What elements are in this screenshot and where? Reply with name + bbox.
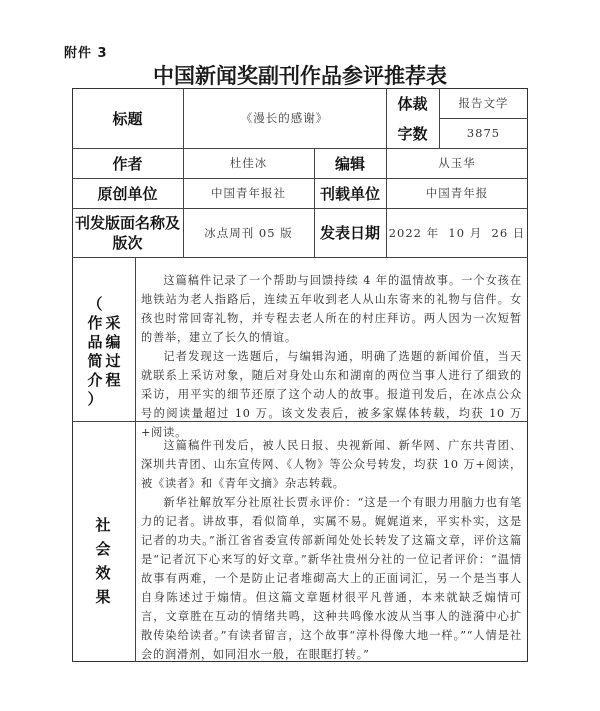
social-impact-text: 这篇稿件刊发后，被人民日报、央视新闻、新华网、广东共青团、深圳共青团、山东宣传网… [141, 436, 522, 664]
publish-unit-value: 中国青年报 [386, 178, 528, 208]
impact-label-col: 社 会 效 果 [94, 513, 112, 609]
intro-label-col: （ 作 品 简 介 ） [86, 295, 104, 409]
label-char: 品 [86, 333, 104, 352]
editor-value: 从玉华 [386, 148, 528, 178]
intro-paragraph: 这篇稿件记录了一个帮助与回馈持续 4 年的温情故事。一个女孩在地铁站为老人指路后… [141, 271, 522, 347]
label-char: （ [86, 295, 104, 314]
label-char: 果 [94, 585, 112, 609]
word-count-label: 字数 [386, 118, 439, 148]
document-title: 中国新闻奖副刊作品参评推荐表 [0, 60, 600, 90]
author-label: 作者 [72, 148, 183, 178]
label-char: 程 [104, 371, 122, 390]
editor-label: 编辑 [314, 148, 386, 178]
label-char: 效 [94, 561, 112, 585]
label-char: 作 [86, 314, 104, 333]
label-char: ） [86, 390, 104, 409]
genre-label: 体裁 [386, 88, 439, 118]
page-label: 刊发版面名称及 版次 [72, 208, 183, 257]
date-value: 2022 年 10 月 26 日 [386, 208, 528, 257]
divider [135, 257, 136, 662]
label-char: 过 [104, 352, 122, 371]
label-char: 采 [104, 314, 122, 333]
page-label-line1: 刊发版面名称及 [75, 213, 180, 233]
title-label: 标题 [72, 88, 183, 148]
impact-paragraph: 这篇稿件刊发后，被人民日报、央视新闻、新华网、广东共青团、深圳共青团、山东宣传网… [141, 436, 522, 493]
origin-unit-value: 中国青年报社 [183, 178, 314, 208]
label-char: 编 [104, 333, 122, 352]
author-value: 杜佳冰 [183, 148, 314, 178]
publish-unit-label: 刊载单位 [314, 178, 386, 208]
title-value: 《漫长的感谢》 [183, 88, 386, 148]
impact-paragraph: 新华社解放军分社原社长贾永评价：“这是一个有眼力用脑力也有笔力的记者。讲故事，看… [141, 493, 522, 664]
intro-process-label: （ 作 品 简 介 ） 采 编 过 程 [72, 257, 135, 421]
attachment-label: 附件 3 [64, 42, 108, 61]
page-value: 冰点周刊 05 版 [183, 208, 314, 257]
page-label-line2: 版次 [112, 233, 142, 253]
process-paragraph: 记者发现这一选题后，与编辑沟通，明确了选题的新闻价值，当天就联系上采访对象，随后… [141, 347, 522, 442]
genre-value: 报告文学 [439, 88, 528, 118]
label-char: 简 [86, 352, 104, 371]
process-label-col: 采 编 过 程 [104, 295, 122, 390]
date-label: 发表日期 [314, 208, 386, 257]
label-char: 介 [86, 371, 104, 390]
word-count-value: 3875 [439, 118, 528, 148]
label-char: 会 [94, 537, 112, 561]
intro-process-text: 这篇稿件记录了一个帮助与回馈持续 4 年的温情故事。一个女孩在地铁站为老人指路后… [141, 271, 522, 442]
label-char [104, 295, 122, 314]
label-char: 社 [94, 513, 112, 537]
origin-unit-label: 原创单位 [72, 178, 183, 208]
divider [72, 257, 528, 258]
social-impact-label: 社 会 效 果 [72, 421, 135, 662]
